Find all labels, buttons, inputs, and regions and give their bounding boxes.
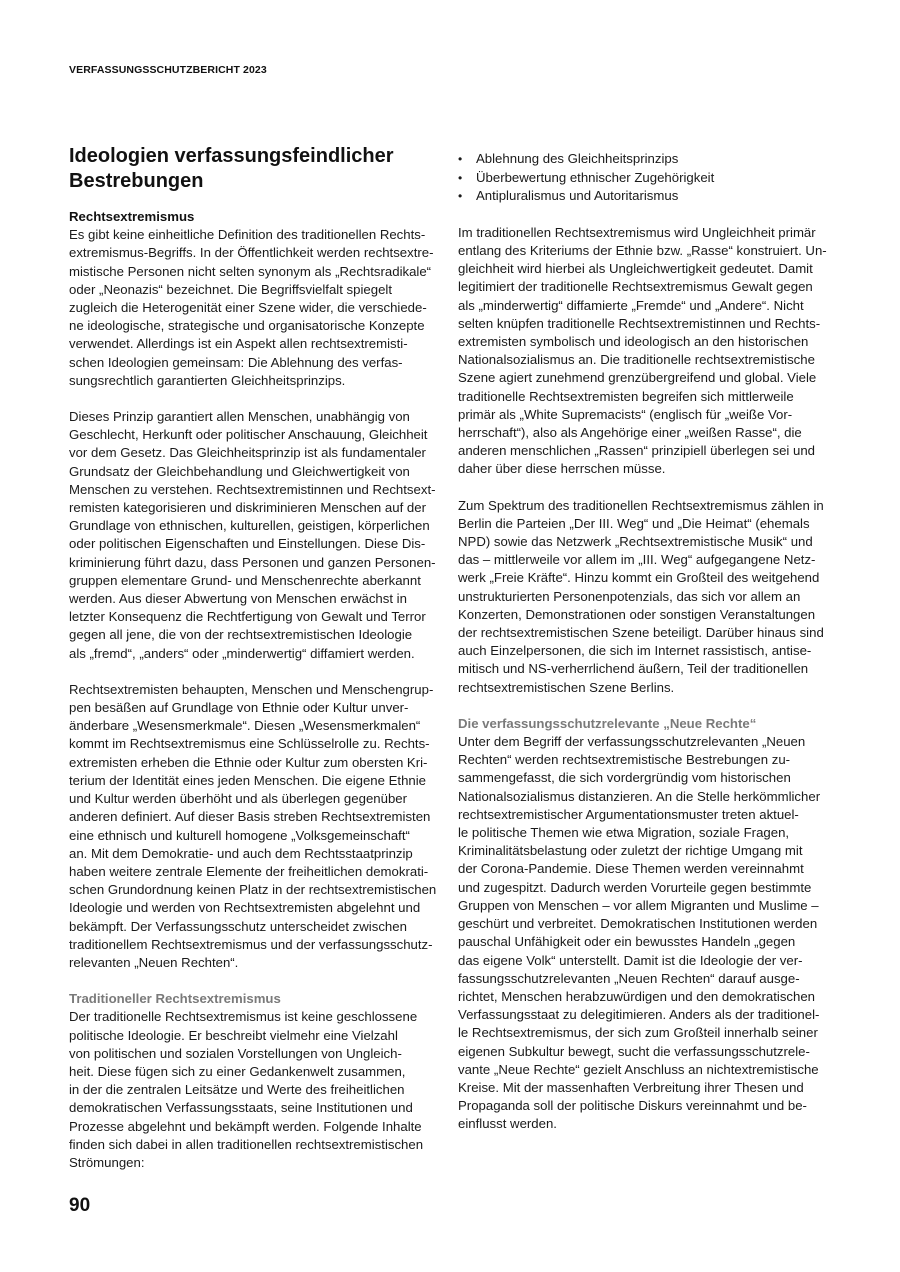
- paragraph: Unter dem Begriff der verfassungsschutzr…: [458, 733, 836, 1133]
- page-number: 90: [69, 1195, 90, 1217]
- paragraph: Im traditionellen Rechtsextremismus wird…: [458, 224, 836, 479]
- section-heading-traditioneller: Traditioneller Rechtsextremismus: [69, 990, 445, 1008]
- paragraph: Zum Spektrum des traditionellen Rechtsex…: [458, 497, 836, 697]
- bullet-list: Ablehnung des Gleichheitsprinzips Überbe…: [458, 150, 836, 206]
- section-heading-rechtsextremismus: Rechtsextremismus: [69, 208, 445, 226]
- page-title: Ideologien verfassungsfeindlicher Bestre…: [69, 144, 445, 194]
- running-header: VERFASSUNGSSCHUTZBERICHT 2023: [69, 64, 267, 76]
- section-heading-neue-rechte: Die verfassungsschutzrelevante „Neue Rec…: [458, 715, 836, 733]
- left-column: Ideologien verfassungsfeindlicher Bestre…: [69, 144, 445, 1190]
- right-column: Ablehnung des Gleichheitsprinzips Überbe…: [458, 150, 836, 1152]
- paragraph: Der traditionelle Rechtsextremismus ist …: [69, 1008, 445, 1172]
- list-item: Ablehnung des Gleichheitsprinzips: [458, 150, 836, 169]
- list-item: Antipluralismus und Autoritarismus: [458, 187, 836, 206]
- paragraph: Dieses Prinzip garantiert allen Menschen…: [69, 408, 445, 663]
- paragraph: Es gibt keine einheitliche Definition de…: [69, 226, 445, 390]
- paragraph: Rechtsextremisten behaupten, Menschen un…: [69, 681, 445, 972]
- list-item: Überbewertung ethnischer Zugehörigkeit: [458, 169, 836, 188]
